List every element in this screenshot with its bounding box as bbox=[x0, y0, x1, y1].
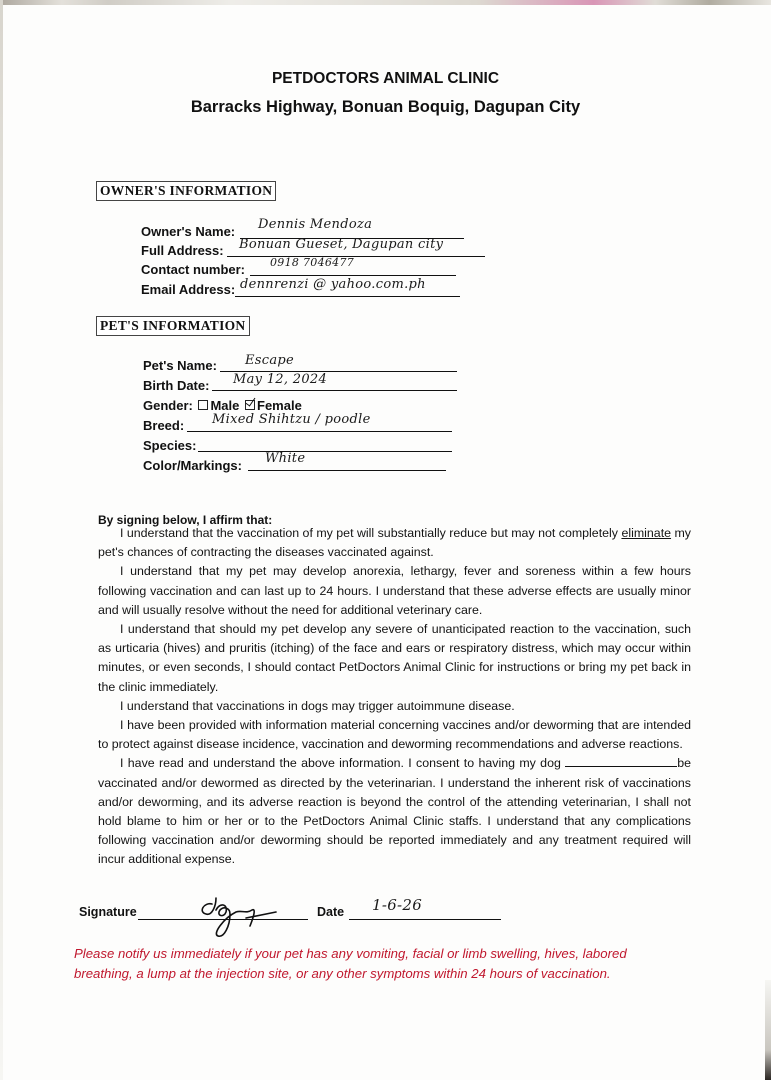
contact-number-label: Contact number: bbox=[141, 262, 245, 277]
species-label: Species: bbox=[143, 438, 196, 453]
breed-label: Breed: bbox=[143, 418, 184, 433]
full-address-label: Full Address: bbox=[141, 243, 224, 258]
color-markings-value[interactable]: White bbox=[265, 451, 305, 466]
female-option-label: Female bbox=[257, 398, 302, 413]
contact-number-line bbox=[250, 275, 456, 276]
affirmation-paragraph-5: I have been provided with information ma… bbox=[98, 716, 691, 754]
clinic-address: Barracks Highway, Bonuan Boquig, Dagupan… bbox=[0, 98, 771, 117]
affirmation-paragraph-2: I understand that my pet may develop ano… bbox=[98, 562, 691, 620]
date-label: Date bbox=[317, 905, 344, 919]
email-label: Email Address: bbox=[141, 282, 235, 297]
date-value[interactable]: 1-6-26 bbox=[372, 896, 422, 914]
affirmation-paragraph-3: I understand that should my pet develop … bbox=[98, 620, 691, 697]
dog-name-blank[interactable] bbox=[565, 756, 677, 767]
gender-label: Gender: bbox=[143, 398, 193, 413]
pet-section-title: PET'S INFORMATION bbox=[96, 316, 250, 336]
contact-number-value[interactable]: 0918 7046477 bbox=[270, 256, 354, 269]
clinic-name: PETDOCTORS ANIMAL CLINIC bbox=[0, 70, 771, 88]
photo-edge-right bbox=[765, 980, 771, 1080]
signature-label: Signature bbox=[79, 905, 137, 919]
color-markings-label: Color/Markings: bbox=[143, 458, 242, 473]
photo-edge-top bbox=[0, 0, 771, 5]
owner-section-title: OWNER'S INFORMATION bbox=[96, 181, 276, 201]
full-address-value[interactable]: Bonuan Gueset, Dagupan city bbox=[239, 237, 443, 252]
birth-date-value[interactable]: May 12, 2024 bbox=[233, 372, 327, 387]
owner-name-value[interactable]: Dennis Mendoza bbox=[258, 217, 372, 232]
breed-value[interactable]: Mixed Shihtzu / poodle bbox=[212, 412, 371, 427]
affirmation-paragraph-1: I understand that the vaccination of my … bbox=[98, 524, 691, 562]
pet-name-label: Pet's Name: bbox=[143, 358, 217, 373]
affirmation-paragraph-6: I have read and understand the above inf… bbox=[98, 754, 691, 869]
birth-date-label: Birth Date: bbox=[143, 378, 209, 393]
color-markings-line bbox=[248, 470, 446, 471]
male-option-label: Male bbox=[210, 398, 239, 413]
date-line bbox=[349, 919, 501, 920]
photo-edge-left bbox=[0, 0, 3, 1080]
affirmation-body: I understand that the vaccination of my … bbox=[98, 524, 691, 870]
email-line bbox=[235, 296, 460, 297]
birth-date-line bbox=[212, 390, 457, 391]
species-line bbox=[198, 451, 452, 452]
breed-line bbox=[187, 431, 452, 432]
full-address-line bbox=[227, 256, 485, 257]
owner-name-label: Owner's Name: bbox=[141, 224, 235, 239]
post-vaccination-notice: Please notify us immediately if your pet… bbox=[74, 944, 684, 984]
male-checkbox[interactable] bbox=[198, 400, 208, 410]
affirmation-paragraph-4: I understand that vaccinations in dogs m… bbox=[98, 697, 691, 716]
signature-scribble[interactable] bbox=[190, 890, 300, 942]
email-value[interactable]: dennrenzi @ yahoo.com.ph bbox=[240, 277, 426, 292]
gender-field: Gender: Male Female bbox=[143, 398, 302, 413]
female-checkbox[interactable] bbox=[245, 400, 255, 410]
pet-name-value[interactable]: Escape bbox=[245, 353, 294, 368]
